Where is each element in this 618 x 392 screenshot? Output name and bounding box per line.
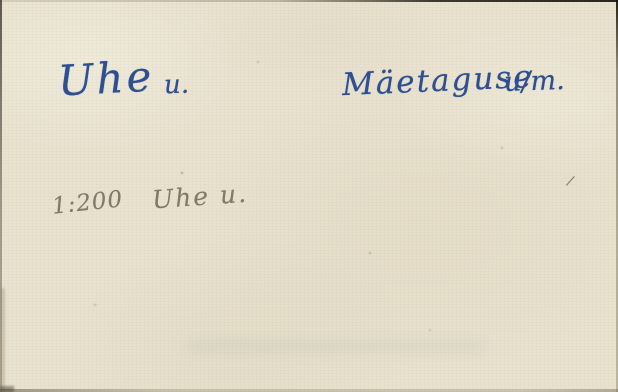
handwritten-ink-place-name: Mäetaguse xyxy=(341,62,534,101)
handwritten-pencil-label: Uhe u. xyxy=(151,181,248,213)
card-corner-bottom-left-shadow xyxy=(0,386,14,392)
handwritten-ink-place-suffix: u/m. xyxy=(504,67,566,96)
bottom-smudge-band xyxy=(185,339,485,354)
card-edge-top xyxy=(0,0,618,2)
paper-speckles xyxy=(0,0,618,392)
handwritten-ink-word: Uhe xyxy=(57,56,155,103)
card-edge-left-lower-shadow xyxy=(0,288,5,392)
handwritten-pencil-scale: 1:200 xyxy=(51,188,124,218)
handwritten-pencil-tick-mark: / xyxy=(566,175,573,189)
paper-grain-texture xyxy=(0,0,618,392)
handwritten-ink-abbreviation: u. xyxy=(164,72,190,99)
index-card: Uhe u. Mäetaguse u/m. 1:200 Uhe u. / xyxy=(0,0,618,392)
